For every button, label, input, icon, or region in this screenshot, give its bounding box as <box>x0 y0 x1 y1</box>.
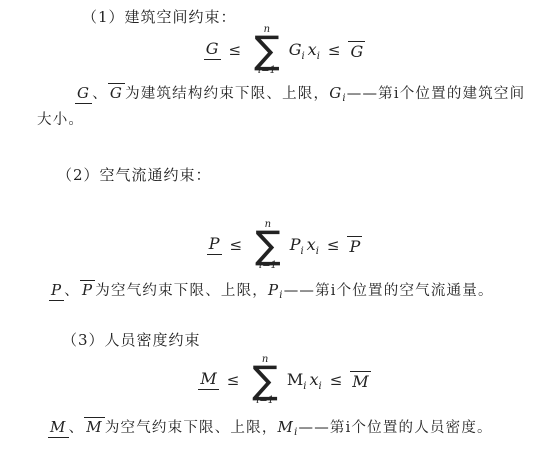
symbol-subscript: i <box>279 290 283 301</box>
coefficient-subscript: i <box>300 246 303 257</box>
summation: n ∑ i=1 <box>255 219 281 271</box>
formula-building-space: G ≤ n ∑ i=1 Gixi ≤ G <box>0 23 549 77</box>
description-1-line-2: 大小。 <box>37 111 84 129</box>
summation-lower-limit: i=1 <box>256 395 274 406</box>
description-2: P、P为空气约束下限、上限，Pi——第i个位置的空气流通量。 <box>49 280 494 302</box>
lower-bound-P: P <box>207 236 222 255</box>
coefficient-subscript: i <box>301 51 304 62</box>
leq-sign: ≤ <box>327 238 340 253</box>
leq-sign: ≤ <box>328 43 341 58</box>
summand-term: Gixi <box>289 42 320 58</box>
coefficient-M: M <box>287 372 303 388</box>
summation-lower-limit: i=1 <box>259 260 277 271</box>
symbol-G: G <box>329 84 342 102</box>
separator: 、 <box>69 420 85 436</box>
sigma-symbol: ∑ <box>254 35 280 65</box>
summand-term: Pixi <box>290 237 319 253</box>
formula-2-body: P ≤ n ∑ i=1 Pixi ≤ P <box>207 219 363 271</box>
leq-sign: ≤ <box>330 373 343 388</box>
sigma-symbol: ∑ <box>252 365 278 395</box>
description-1-line-1: G、G为建筑结构约束下限、上限，Gi——第i个位置的建筑空间 <box>75 83 525 105</box>
upper-bound-G: G <box>348 41 365 60</box>
lower-bound-G: G <box>75 86 92 104</box>
coefficient-G: G <box>289 42 302 58</box>
variable-x: x <box>309 372 318 388</box>
leq-sign: ≤ <box>230 238 243 253</box>
separator: 、 <box>64 283 80 299</box>
description-text: ——第i个位置的建筑空间 <box>347 86 526 102</box>
formula-3-body: M ≤ n ∑ i=1 Mixi ≤ M <box>198 354 370 406</box>
description-text: ——第i个位置的空气流通量。 <box>284 283 494 299</box>
leq-sign: ≤ <box>229 43 242 58</box>
description-text: 为空气约束下限、上限， <box>95 283 268 299</box>
variable-x: x <box>307 237 316 253</box>
variable-subscript: i <box>316 246 319 257</box>
symbol-P: P <box>268 281 279 299</box>
upper-bound-P: P <box>80 280 95 298</box>
separator: 、 <box>92 86 108 102</box>
description-text: 为建筑结构约束下限、上限， <box>125 86 329 102</box>
formula-1-body: G ≤ n ∑ i=1 Gixi ≤ G <box>204 24 366 76</box>
description-3: M、M为空气约束下限、上限，Mi——第i个位置的人员密度。 <box>48 417 493 439</box>
symbol-subscript: i <box>342 93 346 104</box>
lower-bound-G: G <box>204 41 221 60</box>
formula-personnel-density: M ≤ n ∑ i=1 Mixi ≤ M <box>0 353 549 407</box>
section-3-heading: （3）人员密度约束 <box>62 329 201 350</box>
section-2-heading: （2）空气流通约束： <box>57 164 212 185</box>
formula-air-circulation: P ≤ n ∑ i=1 Pixi ≤ P <box>0 218 549 272</box>
lower-bound-M: M <box>198 371 218 390</box>
coefficient-P: P <box>290 237 301 253</box>
summation-lower-limit: i=1 <box>258 65 276 76</box>
variable-subscript: i <box>317 51 320 62</box>
sigma-symbol: ∑ <box>255 230 281 260</box>
upper-bound-M: M <box>350 371 370 390</box>
upper-bound-M: M <box>84 417 105 435</box>
coefficient-subscript: i <box>303 381 306 392</box>
lower-bound-P: P <box>49 283 64 301</box>
description-text: 为空气约束下限、上限， <box>105 420 278 436</box>
upper-bound-G: G <box>108 83 125 101</box>
summation: n ∑ i=1 <box>252 354 278 406</box>
document-page: （1）建筑空间约束： G ≤ n ∑ i=1 Gixi ≤ G G、G为建筑结构… <box>0 0 549 460</box>
summand-term: Mixi <box>287 372 322 388</box>
lower-bound-M: M <box>48 420 69 438</box>
symbol-M: M <box>278 418 295 436</box>
description-text: ——第i个位置的人员密度。 <box>299 420 493 436</box>
leq-sign: ≤ <box>227 373 240 388</box>
upper-bound-P: P <box>347 236 362 255</box>
variable-x: x <box>308 42 317 58</box>
symbol-subscript: i <box>294 427 298 438</box>
variable-subscript: i <box>319 381 322 392</box>
summation: n ∑ i=1 <box>254 24 280 76</box>
